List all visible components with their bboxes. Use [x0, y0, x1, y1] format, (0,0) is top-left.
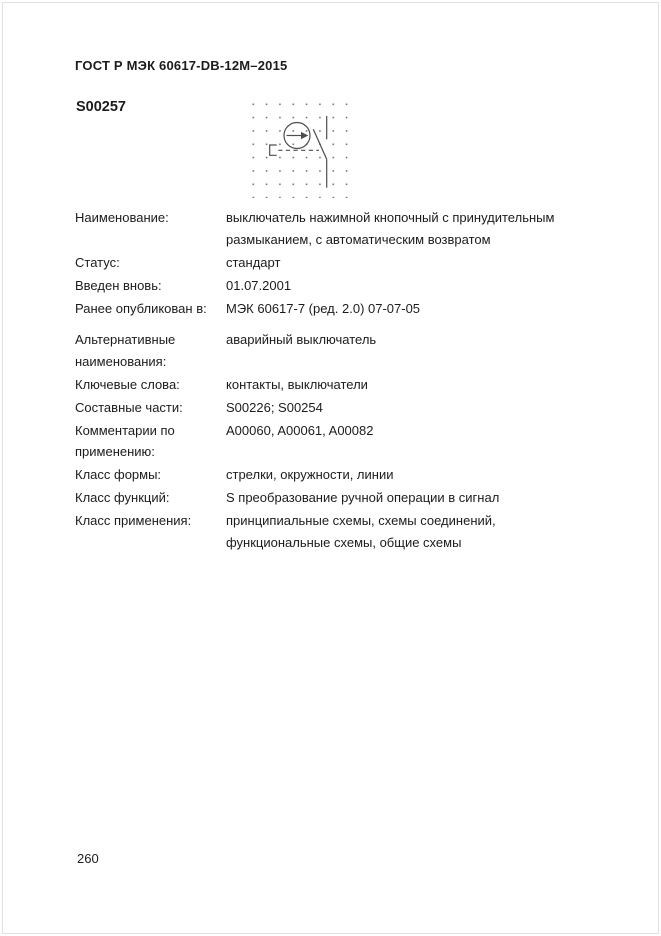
- document-title: ГОСТ Р МЭК 60617-DB-12M–2015: [75, 58, 287, 73]
- property-label: Альтернативные наименования:: [75, 329, 226, 372]
- property-value: стрелки, окружности, линии: [226, 464, 577, 486]
- property-value: аварийный выключатель: [226, 329, 577, 351]
- property-row: Составные части:S00226; S00254: [75, 397, 577, 419]
- property-label: Статус:: [75, 252, 226, 274]
- property-label: Класс применения:: [75, 510, 226, 532]
- document-page: ГОСТ Р МЭК 60617-DB-12M–2015 S00257 Наим…: [0, 0, 661, 936]
- property-row: Наименование:выключатель нажимной кнопоч…: [75, 207, 577, 250]
- property-label: Класс функций:: [75, 487, 226, 509]
- property-value: МЭК 60617-7 (ред. 2.0) 07-07-05: [226, 298, 577, 320]
- property-row: Статус:стандарт: [75, 252, 577, 274]
- property-value: выключатель нажимной кнопочный с принуди…: [226, 207, 577, 250]
- property-label: Наименование:: [75, 207, 226, 229]
- symbol-figure-svg: [250, 96, 350, 204]
- symbol-id: S00257: [76, 99, 126, 115]
- property-value: принципиальные схемы, схемы соединений, …: [226, 510, 577, 553]
- property-label: Введен вновь:: [75, 275, 226, 297]
- property-row: Класс применения:принципиальные схемы, с…: [75, 510, 577, 553]
- symbol-figure: [250, 96, 350, 204]
- properties-table: Наименование:выключатель нажимной кнопоч…: [75, 207, 577, 555]
- property-row: Комментарии по применению:A00060, A00061…: [75, 420, 577, 463]
- property-row: Ранее опубликован в:МЭК 60617-7 (ред. 2.…: [75, 298, 577, 320]
- property-value: 01.07.2001: [226, 275, 577, 297]
- property-row: Ключевые слова:контакты, выключатели: [75, 374, 577, 396]
- property-label: Комментарии по применению:: [75, 420, 226, 463]
- property-value: A00060, A00061, A00082: [226, 420, 577, 442]
- property-row: Класс функций:S преобразование ручной оп…: [75, 487, 577, 509]
- property-value: S00226; S00254: [226, 397, 577, 419]
- property-value: стандарт: [226, 252, 577, 274]
- property-label: Ключевые слова:: [75, 374, 226, 396]
- property-row: Класс формы:стрелки, окружности, линии: [75, 464, 577, 486]
- property-label: Ранее опубликован в:: [75, 298, 226, 320]
- page-number: 260: [77, 851, 99, 866]
- property-label: Составные части:: [75, 397, 226, 419]
- dot-grid-background: [252, 103, 348, 198]
- property-row: Введен вновь:01.07.2001: [75, 275, 577, 297]
- property-row: Альтернативные наименования:аварийный вы…: [75, 329, 577, 372]
- property-value: S преобразование ручной операции в сигна…: [226, 487, 577, 509]
- property-label: Класс формы:: [75, 464, 226, 486]
- property-value: контакты, выключатели: [226, 374, 577, 396]
